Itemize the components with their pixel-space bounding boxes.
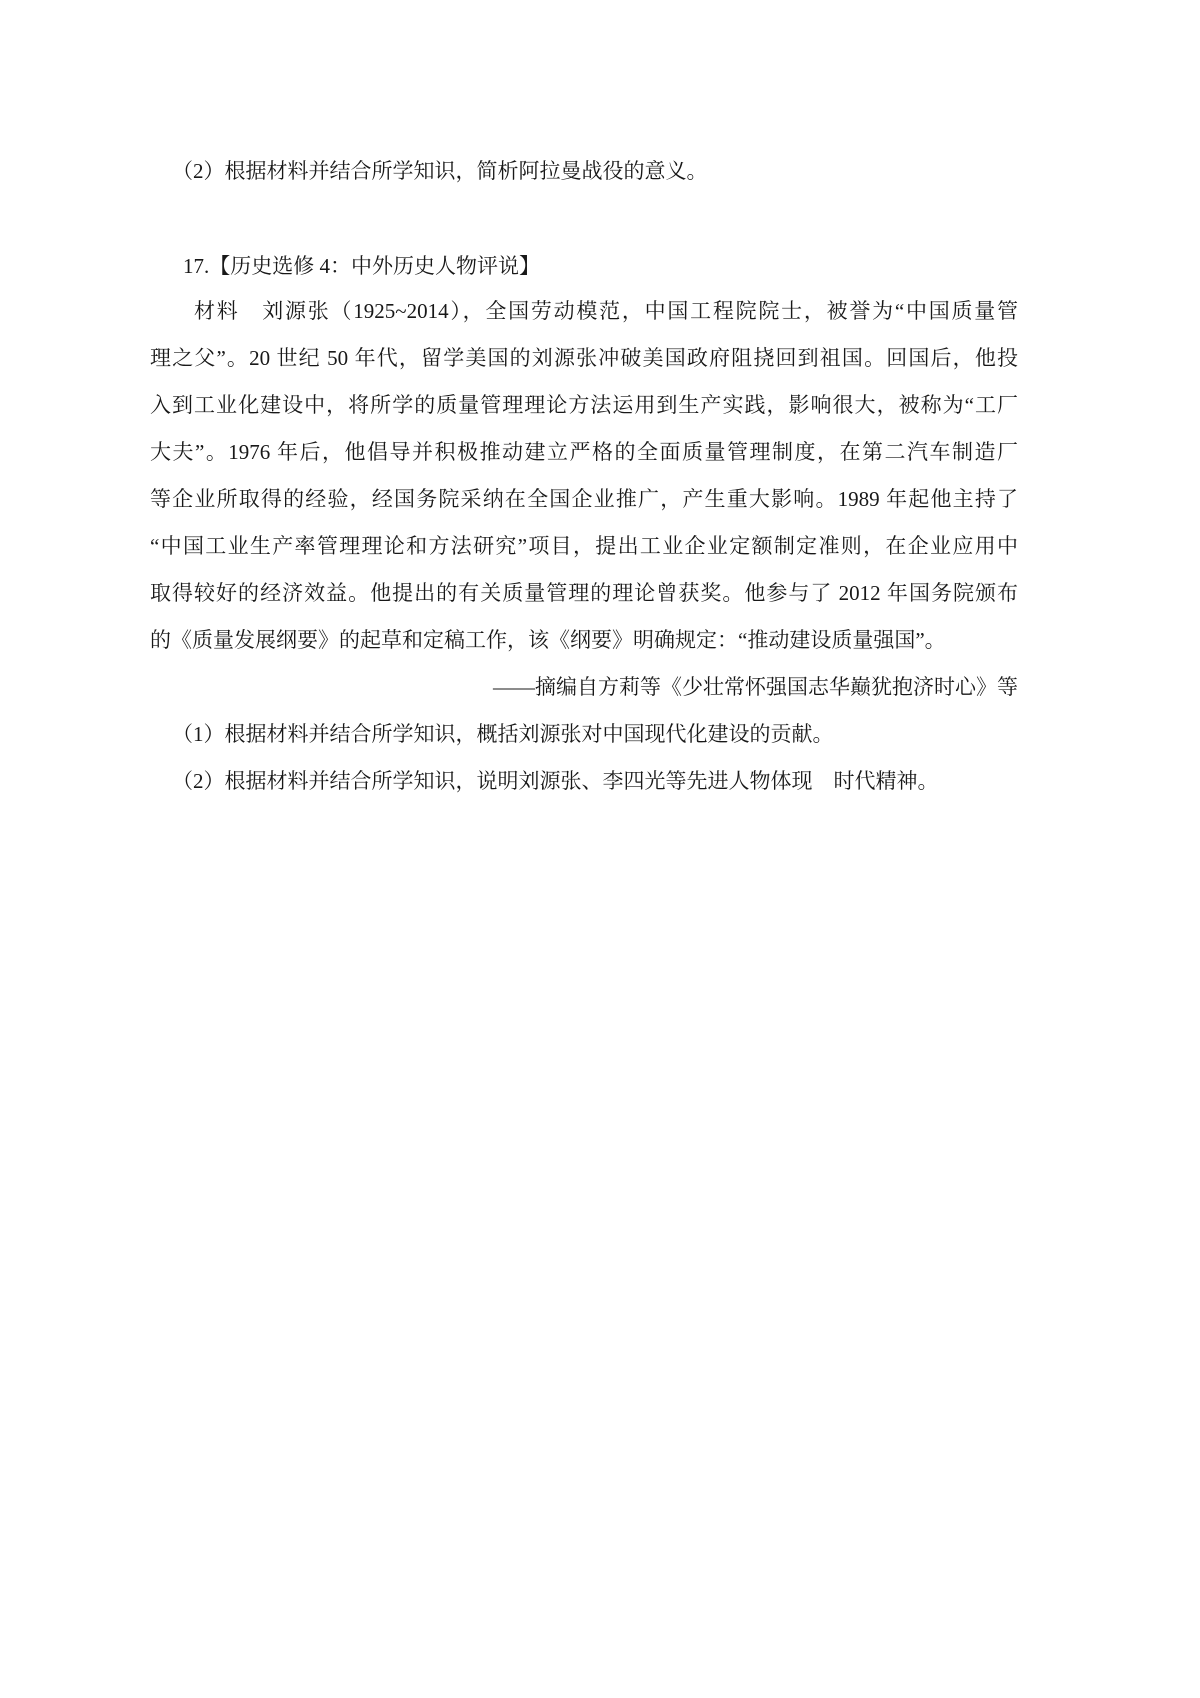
previous-question-part2: （2）根据材料并结合所学知识，简析阿拉曼战役的意义。	[172, 148, 1072, 195]
material-line: 等企业所取得的经验，经国务院采纳在全国企业推广，产生重大影响。1989 年起他主…	[150, 476, 1018, 523]
question-17-part1: （1）根据材料并结合所学知识，概括刘源张对中国现代化建设的贡献。	[150, 711, 1018, 758]
material-line: 取得较好的经济效益。他提出的有关质量管理的理论曾获奖。他参与了 2012 年国务…	[150, 570, 1018, 617]
material-line: 入到工业化建设中，将所学的质量管理理论方法运用到生产实践，影响很大，被称为“工厂	[150, 382, 1018, 429]
source-attribution: ——摘编自方莉等《少壮常怀强国志华巅犹抱济时心》等	[150, 664, 1018, 711]
material-paragraph: 材料 刘源张（1925~2014），全国劳动模范，中国工程院院士，被誉为“中国质…	[150, 288, 1018, 805]
exam-document-page: （2）根据材料并结合所学知识，简析阿拉曼战役的意义。 17.【历史选修 4：中外…	[0, 0, 1200, 1698]
material-line: 材料 刘源张（1925~2014），全国劳动模范，中国工程院院士，被誉为“中国质…	[150, 288, 1018, 335]
material-line: 的《质量发展纲要》的起草和定稿工作，该《纲要》明确规定：“推动建设质量强国”。	[150, 617, 1018, 664]
question-17-part2: （2）根据材料并结合所学知识，说明刘源张、李四光等先进人物体现 时代精神。	[150, 758, 1018, 805]
material-line: “中国工业生产率管理理论和方法研究”项目，提出工业企业定额制定准则，在企业应用中	[150, 523, 1018, 570]
question-17-section-title: 17.【历史选修 4：中外历史人物评说】	[183, 243, 1083, 290]
material-line: 理之父”。20 世纪 50 年代，留学美国的刘源张冲破美国政府阻挠回到祖国。回国…	[150, 335, 1018, 382]
material-line: 大夫”。1976 年后，他倡导并积极推动建立严格的全面质量管理制度，在第二汽车制…	[150, 429, 1018, 476]
